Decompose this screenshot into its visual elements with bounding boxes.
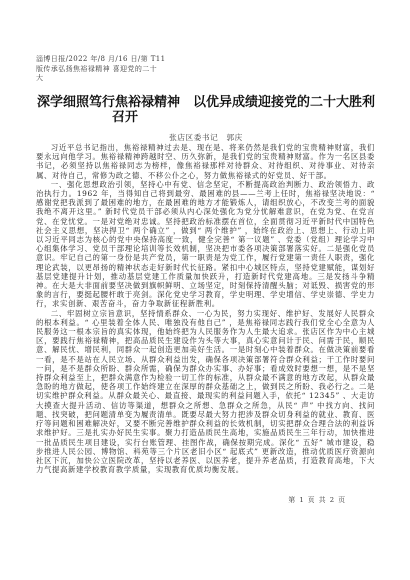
source-citation: 淄博日报/2022 年/8 月/16 日/第 T11 版传承弘扬焦裕禄精神 喜迎… <box>36 55 226 84</box>
document-page: 淄博日报/2022 年/8 月/16 日/第 T11 版传承弘扬焦裕禄精神 喜迎… <box>0 0 410 580</box>
paragraph-2: 一、强化思想政治引领，坚持心中有党、信念坚定，不断提高政治判断力、政治领悟力、政… <box>36 180 375 309</box>
article-body: 习近平总书记指出，焦裕禄精神过去是、现在是、将来仍然是我们党的宝贵精神财富，我们… <box>36 143 375 474</box>
source-line-1: 淄博日报/2022 年/8 月/16 日/第 T11 <box>36 55 226 65</box>
paragraph-3: 二、牢固树立宗旨意识，坚持情系群众、一心为民，努力实现好、维护好、发展好人民群众… <box>36 309 375 475</box>
paragraph-1: 习近平总书记指出，焦裕禄精神过去是、现在是、将来仍然是我们党的宝贵精神财富，我们… <box>36 143 375 180</box>
article-title: 深学细照笃行焦裕禄精神 以优异成绩迎接党的二十大胜利 召开 <box>36 96 376 125</box>
source-line-2: 版传承弘扬焦裕禄精神 喜迎党的二十 <box>36 65 226 75</box>
byline: 张店区委书记 郭庆 <box>36 132 376 143</box>
article-title-line-2: 召开 <box>112 111 376 126</box>
source-line-3: 大 <box>36 74 226 84</box>
page-number: 第 1 页 共 2 页 <box>288 494 346 504</box>
article-title-line-1: 深学细照笃行焦裕禄精神 以优异成绩迎接党的二十大胜利 <box>36 96 376 111</box>
